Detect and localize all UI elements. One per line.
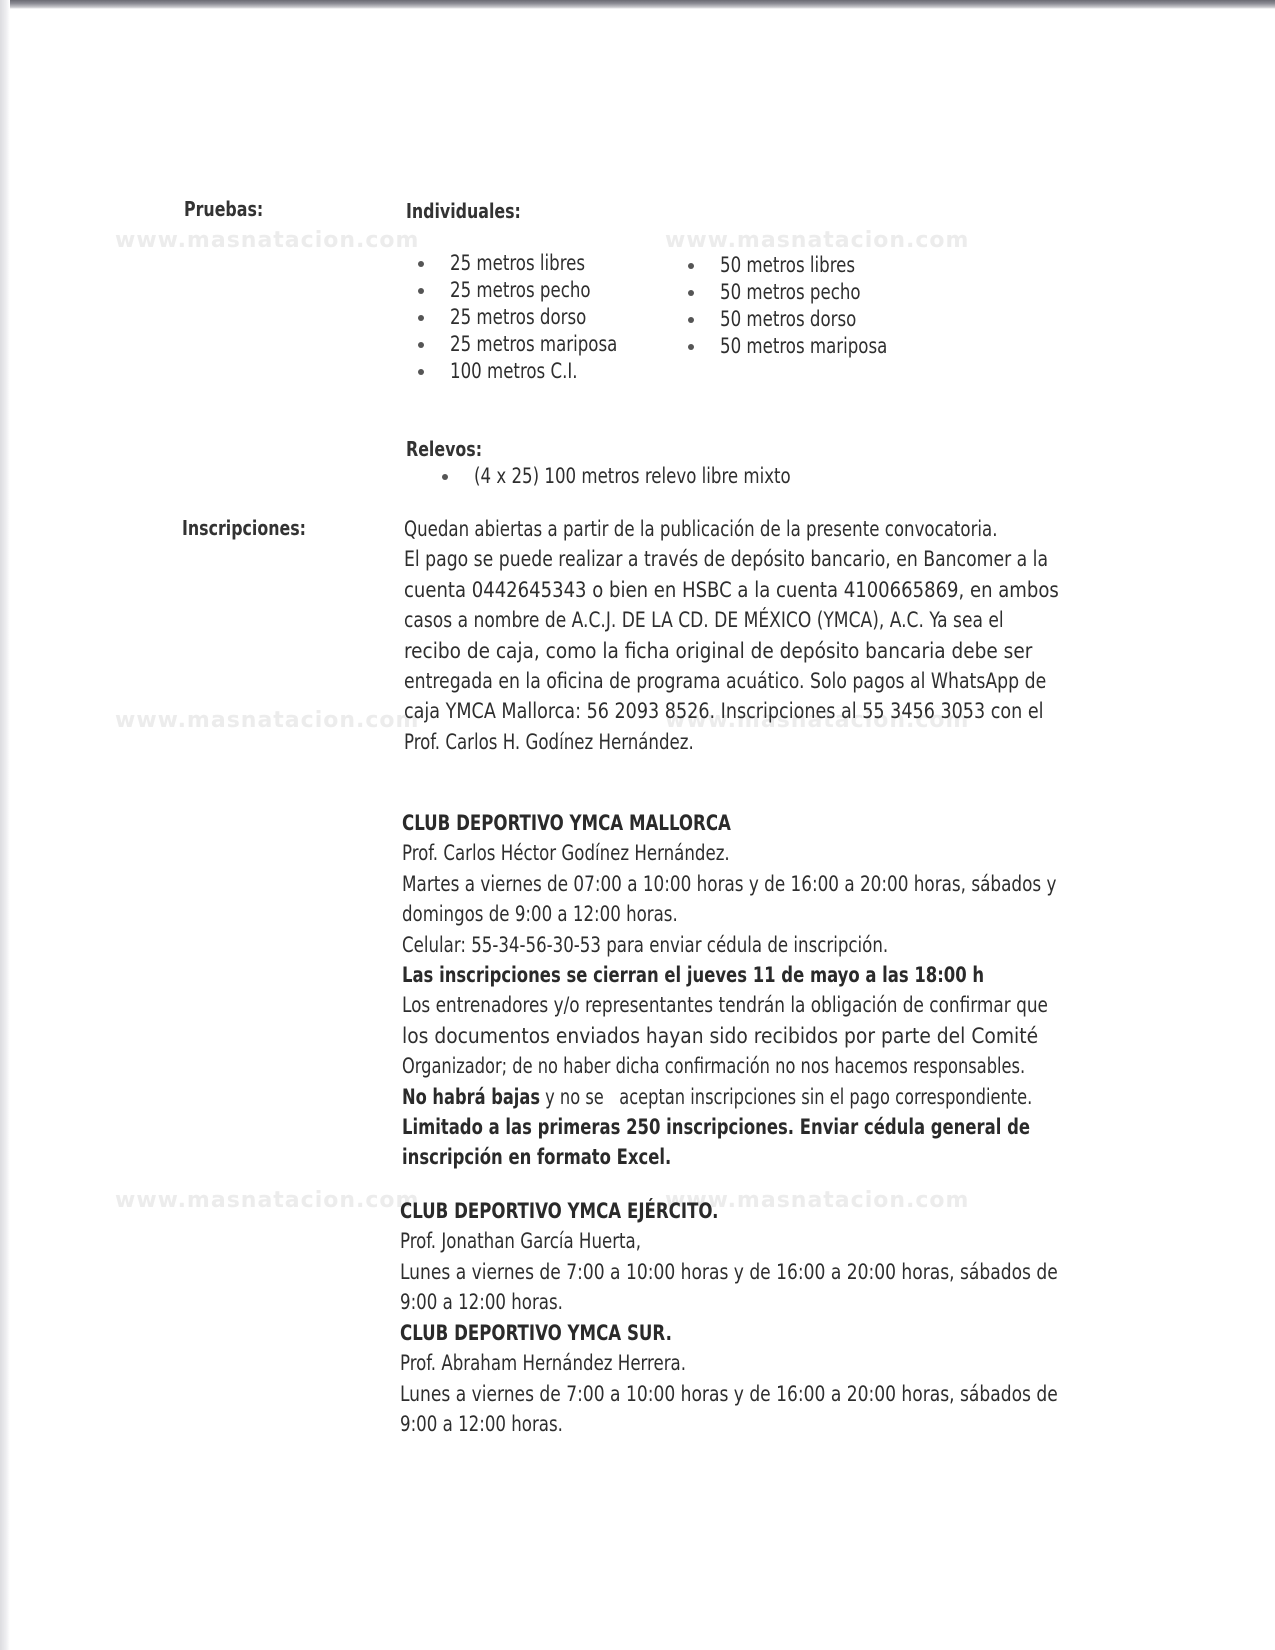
text-line: Lunes a viernes de 7:00 a 10:00 horas y … [400,1379,1058,1409]
text-line: Celular: 55-34-56-30-53 para enviar cédu… [402,930,1049,960]
text-line: Lunes a viernes de 7:00 a 10:00 horas y … [400,1257,1058,1287]
list-item: 50 metros dorso [684,306,910,333]
scan-edge-left [0,0,10,1650]
individuales-list-col2: 50 metros libres 50 metros pecho 50 metr… [684,252,910,360]
limit-line: inscripción en formato Excel. [402,1142,1042,1172]
individuales-heading: Individuales: [406,199,521,223]
watermark: www.masnatacion.com [115,1188,419,1213]
text-line: Martes a viernes de 07:00 a 10:00 horas … [402,869,1056,899]
no-bajas-bold: No habrá bajas [402,1085,540,1109]
text-line: Prof. Abraham Hernández Herrera. [400,1348,1040,1378]
relevos-list: (4 x 25) 100 metros relevo libre mixto [438,463,834,490]
text-line: casos a nombre de A.C.J. DE LA CD. DE MÉ… [404,605,1182,635]
list-item: 25 metros pecho [414,277,640,304]
text-line: los documentos enviados hayan sido recib… [402,1021,1130,1051]
text-line: Prof. Jonathan García Huerta, [400,1226,1040,1256]
no-bajas-line: No habrá bajas y no se aceptan inscripci… [402,1082,1034,1112]
text-line: Organizador; de no haber dicha confirmac… [402,1051,1034,1081]
watermark: www.masnatacion.com [115,228,419,253]
limit-line: Limitado a las primeras 250 inscripcione… [402,1112,1042,1142]
list-item: 50 metros libres [684,252,910,279]
club-ejercito: CLUB DEPORTIVO YMCA EJÉRCITO. Prof. Jona… [400,1196,1127,1318]
individuales-list-col1: 25 metros libres 25 metros pecho 25 metr… [414,250,640,385]
pruebas-label: Pruebas: [184,197,263,221]
club-mallorca: CLUB DEPORTIVO YMCA MALLORCA Prof. Carlo… [402,808,1137,1173]
text-line: recibo de caja, como la ficha original d… [404,636,1247,666]
club-name: CLUB DEPORTIVO YMCA MALLORCA [402,808,1049,838]
text-line: El pago se puede realizar a través de de… [404,544,1189,574]
text-line: 9:00 a 12:00 horas. [400,1409,1040,1439]
text-line: Quedan abiertas a partir de la publicaci… [404,514,1161,544]
inscripciones-label: Inscripciones: [182,516,306,540]
relevos-heading: Relevos: [406,437,482,461]
text-line: 9:00 a 12:00 horas. [400,1287,1040,1317]
list-item: 25 metros dorso [414,304,640,331]
text-line: entregada en la oficina de programa acuá… [404,666,1191,696]
club-sur: CLUB DEPORTIVO YMCA SUR. Prof. Abraham H… [400,1318,1127,1440]
closing-date: Las inscripciones se cierran el jueves 1… [402,960,1042,990]
list-item: 25 metros mariposa [414,331,640,358]
text-line: domingos de 9:00 a 12:00 horas. [402,899,1049,929]
list-item: 100 metros C.I. [414,358,640,385]
watermark: www.masnatacion.com [665,228,969,253]
text-line: Prof. Carlos Héctor Godínez Hernández. [402,838,1049,868]
club-name: CLUB DEPORTIVO YMCA SUR. [400,1318,1040,1348]
inscripciones-text: Quedan abiertas a partir de la publicaci… [404,514,1264,757]
list-item: 25 metros libres [414,250,640,277]
text-line: Los entrenadores y/o representantes tend… [402,990,1060,1020]
watermark: www.masnatacion.com [115,708,419,733]
scan-edge-top [0,0,1275,9]
text-line: Prof. Carlos H. Godínez Hernández. [404,727,1161,757]
club-name: CLUB DEPORTIVO YMCA EJÉRCITO. [400,1196,1040,1226]
list-item: (4 x 25) 100 metros relevo libre mixto [438,463,834,490]
list-item: 50 metros mariposa [684,333,910,360]
text-line: cuenta 0442645343 o bien en HSBC a la cu… [404,575,1225,605]
list-item: 50 metros pecho [684,279,910,306]
text-line: caja YMCA Mallorca: 56 2093 8526. Inscri… [404,696,1204,726]
no-bajas-rest: y no se aceptan inscripciones sin el pag… [540,1085,1032,1109]
